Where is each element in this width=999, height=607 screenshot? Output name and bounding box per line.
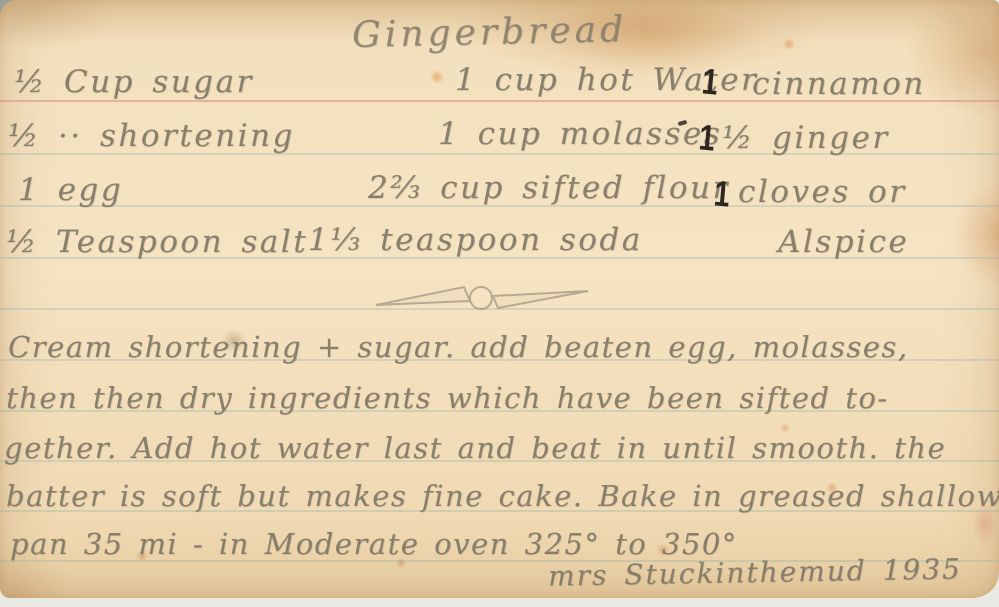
divider-ornament-icon (368, 282, 598, 316)
ingredient-left: ½ Cup sugar (14, 64, 254, 100)
instruction-line: Cream shortening + sugar. add beaten egg… (8, 330, 909, 364)
ingredient-left: ½ ·· shortening (8, 118, 295, 154)
instruction-line: gether. Add hot water last and beat in u… (4, 431, 946, 465)
ingredient-middle: 2⅔ cup sifted flour (368, 170, 730, 206)
recipe-title: Gingerbread (352, 9, 628, 56)
instruction-line: pan 35 mi - in Moderate oven 325° to 350… (10, 527, 738, 561)
ink-tally-mark: 1 (712, 175, 731, 212)
instruction-line: then then dry ingredients which have bee… (6, 381, 889, 415)
ingredient-left: 1 egg (18, 172, 123, 208)
instruction-line: batter is soft but makes fine cake. Bake… (6, 479, 999, 513)
ingredient-right: Alspice (778, 224, 909, 260)
scanned-recipe-card: Gingerbread ½ Cup sugar 1 cup hot Water … (0, 0, 999, 607)
ingredient-right: cloves or (738, 174, 907, 210)
ingredient-middle: 1⅓ teaspoon soda (308, 222, 643, 258)
ink-tally-mark: 1 (697, 119, 716, 156)
ink-tally-mark: 1 (700, 63, 719, 100)
ingredient-left: ½ Teaspoon salt (6, 224, 308, 260)
ingredient-right: ½ ginger (722, 120, 890, 156)
ingredient-right: cinnamon (752, 66, 926, 102)
